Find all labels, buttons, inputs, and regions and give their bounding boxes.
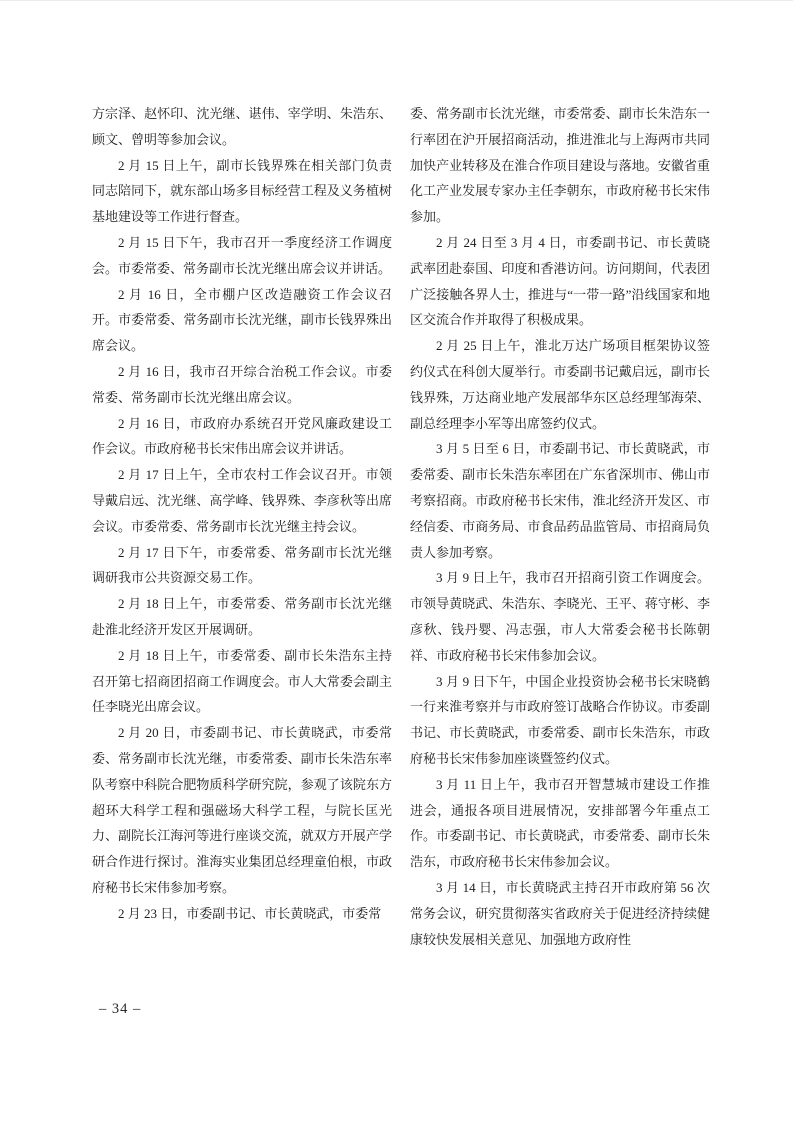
page-number: – 34 – bbox=[99, 1001, 141, 1018]
paragraph: 2 月 24 日至 3 月 4 日，市委副书记、市长黄晓武率团赴泰国、印度和香港… bbox=[410, 230, 710, 333]
paragraph: 2 月 16 日，我市召开综合治税工作会议。市委常委、常务副市长沈光继出席会议。 bbox=[92, 359, 392, 411]
text-column-right: 委、常务副市长沈光继，市委常委、副市长朱浩东一行率团在沪开展招商活动，推进淮北与… bbox=[410, 101, 710, 952]
paragraph: 2 月 18 日上午，市委常委、副市长朱浩东主持召开第七招商团招商工作调度会。市… bbox=[92, 643, 392, 720]
paragraph: 2 月 16 日，市政府办系统召开党风廉政建设工作会议。市政府秘书长宋伟出席会议… bbox=[92, 411, 392, 463]
paragraph: 2 月 15 日下午，我市召开一季度经济工作调度会。市委常委、常务副市长沈光继出… bbox=[92, 230, 392, 282]
text-column-left: 方宗泽、赵怀印、沈光继、谌伟、宰学明、朱浩东、顾文、曾明等参加会议。2 月 15… bbox=[92, 101, 392, 952]
paragraph: 2 月 18 日上午，市委常委、常务副市长沈光继赴淮北经济开发区开展调研。 bbox=[92, 591, 392, 643]
document-page: 方宗泽、赵怀印、沈光继、谌伟、宰学明、朱浩东、顾文、曾明等参加会议。2 月 15… bbox=[0, 0, 793, 1122]
paragraph: 委、常务副市长沈光继，市委常委、副市长朱浩东一行率团在沪开展招商活动，推进淮北与… bbox=[410, 101, 710, 230]
paragraph: 3 月 9 日下午，中国企业投资协会秘书长宋晓鹤一行来淮考察并与市政府签订战略合… bbox=[410, 669, 710, 772]
paragraph: 2 月 23 日，市委副书记、市长黄晓武，市委常 bbox=[92, 901, 392, 927]
paragraph: 2 月 16 日，全市棚户区改造融资工作会议召开。市委常委、常务副市长沈光继，副… bbox=[92, 282, 392, 359]
paragraph: 3 月 5 日至 6 日，市委副书记、市长黄晓武，市委常委、副市长朱浩东率团在广… bbox=[410, 436, 710, 565]
text-area: 方宗泽、赵怀印、沈光继、谌伟、宰学明、朱浩东、顾文、曾明等参加会议。2 月 15… bbox=[92, 101, 710, 952]
paragraph: 3 月 14 日，市长黄晓武主持召开市政府第 56 次常务会议，研究贯彻落实省政… bbox=[410, 875, 710, 952]
paragraph: 3 月 11 日上午，我市召开智慧城市建设工作推进会，通报各项目进展情况，安排部… bbox=[410, 772, 710, 875]
paragraph: 2 月 20 日，市委副书记、市长黄晓武，市委常委、常务副市长沈光继，市委常委、… bbox=[92, 720, 392, 901]
paragraph: 2 月 17 日下午，市委常委、常务副市长沈光继调研我市公共资源交易工作。 bbox=[92, 540, 392, 592]
paragraph: 2 月 17 日上午，全市农村工作会议召开。市领导戴启远、沈光继、高学峰、钱界殊… bbox=[92, 462, 392, 539]
paragraph: 3 月 9 日上午，我市召开招商引资工作调度会。市领导黄晓武、朱浩东、李晓光、王… bbox=[410, 565, 710, 668]
paragraph: 2 月 25 日上午，淮北万达广场项目框架协议签约仪式在科创大厦举行。市委副书记… bbox=[410, 333, 710, 436]
paragraph: 2 月 15 日上午，副市长钱界殊在相关部门负责同志陪同下，就东部山场多目标经营… bbox=[92, 153, 392, 230]
paragraph: 方宗泽、赵怀印、沈光继、谌伟、宰学明、朱浩东、顾文、曾明等参加会议。 bbox=[92, 101, 392, 153]
